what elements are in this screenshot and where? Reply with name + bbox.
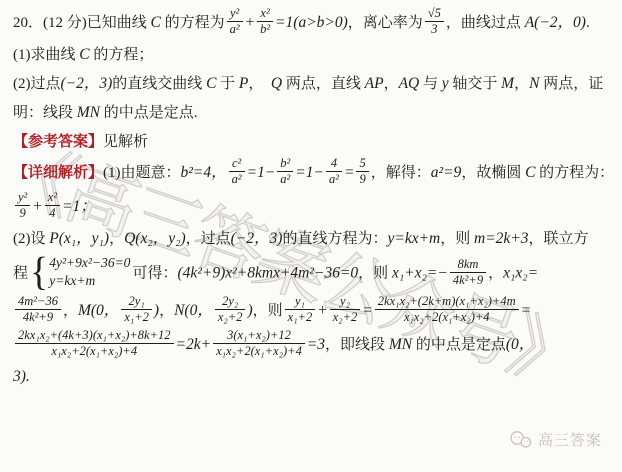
fraction-denominator: a² (277, 172, 293, 187)
body-text: ， (488, 265, 503, 281)
solution-line-7: 3). (13, 364, 612, 390)
fraction-numerator: y² (227, 6, 243, 22)
fraction: y₂x₂+2 (330, 294, 361, 325)
math-text: C (525, 164, 535, 181)
answer-label: 【详细解析】 (13, 165, 103, 181)
math-text: =2k+ (176, 336, 212, 353)
math-text: P(x₁，y₁) (49, 230, 109, 247)
fraction-numerator: 2kx₁x₂+(4k+3)(x₁+x₂)+8k+12 (15, 328, 174, 344)
body-text: ，则 (358, 265, 392, 281)
document-page: 《高三答案公众号》 20．(12 分)已知曲线 C 的方程为y²a²+x²b²=… (0, 0, 622, 472)
math-text: AQ (399, 75, 420, 92)
math-text: + (245, 14, 255, 31)
solution-line-1: 【详细解析】(1)由题意：b²=4，c²a²=1−b²a²=1−4a²=59，解… (13, 158, 612, 189)
fraction: 2y₂x₂+2 (215, 294, 246, 325)
fraction-denominator: b² (257, 22, 273, 37)
math-text: + (317, 302, 327, 319)
body-text: ， (159, 303, 174, 319)
math-text: (−2，3) (231, 230, 283, 247)
fraction: 4m²−364k²+9 (15, 294, 61, 325)
fraction-denominator: 4 (45, 206, 60, 221)
body-text: 两点，证 (539, 76, 603, 92)
body-text: ，离心率为 (348, 15, 423, 31)
fraction: 4a² (326, 156, 342, 187)
math-text: C (151, 14, 161, 31)
body-text: 见解析 (103, 134, 148, 150)
body-text: ， (514, 76, 529, 92)
math-text: AP (365, 75, 384, 92)
fraction-numerator: y₁ (285, 294, 316, 310)
fraction-numerator: 2kx₁x₂+(2k+m)(x₁+x₂)+4m (375, 294, 519, 310)
left-brace: { (30, 252, 48, 292)
body-text: ，过点 (186, 231, 231, 247)
fraction-denominator: 3 (425, 22, 444, 37)
body-text: . (586, 15, 590, 31)
fraction: 2kx₁x₂+(4k+3)(x₁+x₂)+8k+12x₁x₂+2(x₁+x₂)+… (15, 328, 174, 359)
fraction-numerator: 3(x₁+x₂)+12 (213, 328, 305, 344)
brand-logo-text: 高三答案 (538, 429, 602, 450)
fraction-denominator: a² (227, 22, 243, 37)
body-text: (1)由题意： (103, 165, 181, 181)
equation-system: {4y²+9x²−36=0y=kx+m (30, 253, 130, 291)
body-text: ，故椭圆 (461, 165, 525, 181)
math-text: =3 (307, 336, 325, 353)
math-text: = (362, 302, 372, 319)
math-text: C (79, 46, 89, 63)
fraction-numerator: y₂ (330, 294, 361, 310)
fraction: 2kx₁x₂+(2k+m)(x₁+x₂)+4mx₁x₂+2(x₁+x₂)+4 (375, 294, 519, 325)
fraction-numerator: x² (45, 190, 60, 206)
solution-line-3: (2)设 P(x₁，y₁)，Q(x₂，y₂)，过点(−2，3)的直线方程为：y=… (13, 226, 612, 252)
fraction-numerator: b² (277, 156, 293, 172)
fraction: y²9 (15, 190, 30, 221)
fraction-denominator: a² (229, 172, 245, 187)
body-text: ， (384, 76, 399, 92)
fraction: 3(x₁+x₂)+12x₁x₂+2(x₁+x₂)+4 (213, 328, 305, 359)
solution-line-6: 2kx₁x₂+(4k+3)(x₁+x₂)+8k+12x₁x₂+2(x₁+x₂)+… (13, 330, 612, 361)
body-text: 20．(12 分)已知曲线 (13, 15, 151, 31)
fraction-numerator: 2y₂ (215, 294, 246, 310)
math-text: b²=4， (181, 164, 227, 181)
fraction: x²b² (257, 6, 273, 37)
fraction-denominator: x₁x₂+2(x₁+x₂)+4 (375, 310, 519, 325)
body-text: (2)设 (13, 231, 49, 247)
body-text: 于 (216, 76, 239, 92)
math-text: (0， (506, 336, 534, 353)
math-text: (4k²+9)x²+8kmx+4m²−36=0 (177, 264, 358, 281)
fraction-numerator: 8km (450, 257, 486, 273)
body-text: (2)过点 (13, 76, 61, 92)
fraction: 59 (356, 156, 368, 187)
fraction: y²a² (227, 6, 243, 37)
fraction-denominator: a² (326, 172, 342, 187)
fraction-denominator: 9 (356, 172, 368, 187)
answer-label: 【参考答案】 (13, 134, 103, 150)
solution-line-4: 程{4y²+9x²−36=0y=kx+m可得：(4k²+9)x²+8kmx+4m… (13, 255, 612, 293)
body-text: 明：线段 (13, 105, 77, 121)
body-text: ，即线段 (325, 337, 389, 353)
math-text: Q(x₂，y₂) (124, 230, 186, 247)
body-text: ，则 (253, 303, 283, 319)
body-text: ，曲线过点 (446, 15, 525, 31)
body-text: 轴交于 (449, 76, 502, 92)
body-text: ，则 (440, 231, 474, 247)
math-text: MN (77, 104, 100, 121)
body-text: ， (109, 231, 124, 247)
math-text: = (344, 164, 354, 181)
fraction-denominator: 9 (15, 206, 30, 221)
math-text: y (442, 75, 449, 92)
math-text: x₁x₂= (503, 264, 538, 281)
math-text: M(0， (78, 302, 119, 319)
fraction: 8km4k²+9 (450, 257, 486, 288)
system-rows: 4y²+9x²−36=0y=kx+m (49, 254, 130, 290)
body-text: 的直线交曲线 (112, 76, 206, 92)
math-text: N(0， (174, 302, 213, 319)
fraction-denominator: x₂+2 (330, 310, 361, 325)
fraction-numerator: 2y₁ (121, 294, 152, 310)
body-text: 的中点是定点. (100, 105, 198, 121)
part2-question-line-1: (2)过点(−2，3)的直线交曲线 C 于 P， Q 两点，直线 AP，AQ 与… (13, 71, 612, 97)
body-text: 的直线方程为： (282, 231, 387, 247)
math-text: Q (271, 75, 282, 92)
solution-line-2: y²9+x²4=1； (13, 192, 612, 223)
system-row: 4y²+9x²−36=0 (49, 254, 130, 272)
fraction-numerator: c² (229, 156, 245, 172)
part1-question: (1)求曲线 C 的方程； (13, 42, 612, 68)
fraction-denominator: 4k²+9 (450, 273, 486, 288)
body-text: 的方程为： (535, 165, 614, 181)
body-text: ， (248, 76, 271, 92)
math-text: + (32, 198, 42, 215)
math-text: N (529, 75, 539, 92)
body-text: 的方程为 (161, 15, 225, 31)
fraction-numerator: 4 (326, 156, 342, 172)
fraction: √53 (425, 6, 444, 37)
fraction: 2y₁x₁+2 (121, 294, 152, 325)
fraction-denominator: x₁x₂+2(x₁+x₂)+4 (15, 344, 174, 359)
fraction-numerator: y² (15, 190, 30, 206)
math-text: P (239, 75, 248, 92)
math-text: A(−2，0) (525, 14, 586, 31)
math-text: MN (389, 336, 412, 353)
math-text: =1− (247, 164, 276, 181)
body-text: ，联立方 (529, 231, 589, 247)
fraction: b²a² (277, 156, 293, 187)
document-body: 20．(12 分)已知曲线 C 的方程为y²a²+x²b²=1(a>b>0)，离… (0, 0, 622, 390)
body-text: ， (63, 303, 78, 319)
math-text: (−2，3) (61, 75, 113, 92)
fraction: y₁x₁+2 (285, 294, 316, 325)
body-text: 的中点是定点 (412, 337, 506, 353)
body-text: 可得： (132, 265, 177, 281)
fraction-denominator: x₁+2 (121, 310, 152, 325)
fraction: c²a² (229, 156, 245, 187)
body-text: (1)求曲线 (13, 47, 79, 63)
math-text: C (206, 75, 216, 92)
part2-question-line-2: 明：线段 MN 的中点是定点. (13, 100, 612, 126)
fraction-numerator: 4m²−36 (15, 294, 61, 310)
fraction-numerator: x² (257, 6, 273, 22)
body-text: 的方程； (90, 47, 154, 63)
math-text: a²=9 (431, 164, 462, 181)
fraction-denominator: x₁x₂+2(x₁+x₂)+4 (213, 344, 305, 359)
fraction-numerator: 5 (356, 156, 368, 172)
math-text: y=kx+m (387, 230, 440, 247)
math-text: x₁+x₂=− (392, 264, 448, 281)
math-text: =1(a>b>0) (275, 14, 348, 31)
chat-bubbles-icon (509, 430, 533, 450)
body-text: ，解得： (371, 165, 431, 181)
math-text: =1− (295, 164, 324, 181)
problem-line-1: 20．(12 分)已知曲线 C 的方程为y²a²+x²b²=1(a>b>0)，离… (13, 8, 612, 39)
math-text: M (501, 75, 514, 92)
math-text: 3). (13, 368, 30, 385)
body-text: 与 (419, 76, 442, 92)
fraction-numerator: √5 (425, 6, 444, 22)
math-text: m=2k+3 (474, 230, 529, 247)
fraction-denominator: x₂+2 (215, 310, 246, 325)
reference-answer-line: 【参考答案】见解析 (13, 129, 612, 155)
body-text: 两点，直线 (282, 76, 365, 92)
solution-line-5: 4m²−364k²+9，M(0，2y₁x₁+2)，N(0，2y₂x₂+2)，则y… (13, 296, 612, 327)
brand-logo: 高三答案 (509, 429, 602, 450)
fraction-denominator: 4k²+9 (15, 310, 61, 325)
body-text: 程 (13, 265, 28, 281)
math-text: =1； (62, 198, 96, 215)
system-row: y=kx+m (49, 272, 130, 290)
math-text: = (521, 302, 531, 319)
fraction: x²4 (45, 190, 60, 221)
fraction-denominator: x₁+2 (285, 310, 316, 325)
